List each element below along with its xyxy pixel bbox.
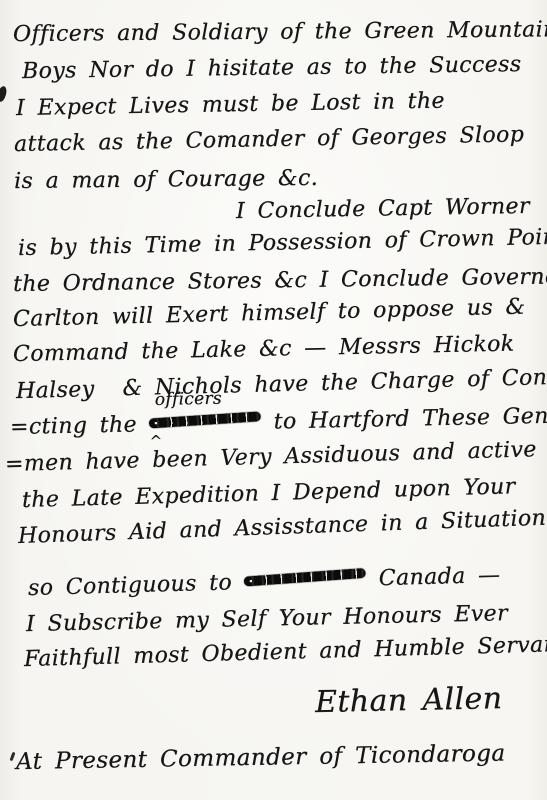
line-text: I Subscribe my Self Your Honours Ever [26,601,508,637]
manuscript-line-1: Officers and Soldiary of the Green Mount… [13,15,547,50]
strikethrough-scribble [244,568,366,587]
manuscript-line-3: I Expect Lives must be Lost in the [16,87,445,124]
line-text: Halsey [16,377,95,404]
correction-area: officers^ [149,408,262,440]
line-text: to Hartford These Gentle= [261,403,547,435]
line-text: Officers and Soldiary of the Green Mount… [13,17,547,47]
inserted-word: officers [155,391,222,409]
manuscript-line-6: I Conclude Capt Worner [236,192,530,227]
manuscript-line-2: Boys Nor do I hisitate as to the Success [22,50,522,87]
handwriting-gap [95,395,123,396]
manuscript-line-7: is by this Time in Possession of Crown P… [18,223,547,264]
line-text: is a man of Courage &c. [14,166,318,194]
manuscript-line-11: Halsey& Nichols have the Charge of Condu [16,362,547,407]
line-text: Command the Lake &c — Messrs Hickok [13,331,515,366]
line-text: At Present Commander of Ticondaroga [16,740,506,775]
line-text: =men have been Very Assiduous and active… [5,436,547,477]
strikethrough-scribble [149,411,261,428]
manuscript-line-5: is a man of Courage &c. [14,164,318,197]
line-text: Carlton will Exert himself to oppose us … [13,294,526,332]
line-text: is by this Time in Possession of Crown P… [18,225,547,261]
correction-area [244,565,367,598]
scan-ink-blot [0,85,8,103]
manuscript-line-4: attack as the Comander of Georges Sloop [14,120,525,160]
postscript: At Present Commander of Ticondaroga [16,738,506,777]
line-text: =cting the [10,412,150,440]
manuscript-line-16: so Contiguous to Canada — [28,561,501,604]
scan-ink-speck [10,752,16,761]
line-text: I Expect Lives must be Lost in the [16,89,445,121]
line-text: Ethan Allen [315,681,503,720]
manuscript-line-10: Command the Lake &c — Messrs Hickok [13,330,515,370]
line-text: the Ordnance Stores &c I Conclude Govern… [13,264,547,297]
manuscript-page: Officers and Soldiary of the Green Mount… [0,0,547,800]
line-text: Canada — [366,563,501,592]
signature: Ethan Allen [315,680,503,722]
line-text: I Conclude Capt Worner [236,194,530,224]
line-text: attack as the Comander of Georges Sloop [14,122,525,157]
line-text: Boys Nor do I hisitate as to the Success [22,52,522,84]
line-text: so Contiguous to [28,570,245,601]
